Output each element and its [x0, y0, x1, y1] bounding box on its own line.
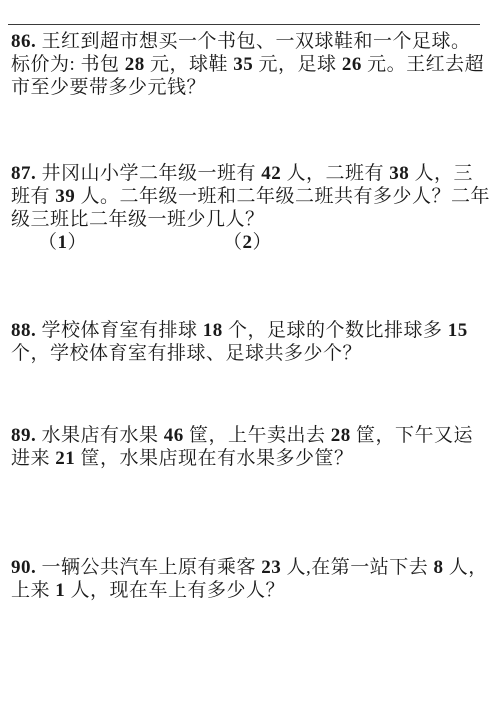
text-run: 人， [444, 557, 488, 578]
text-run: 王红到超市想买一个书包、一双球鞋和一个足球。 [36, 31, 470, 52]
bold-value: 42 [261, 163, 281, 184]
text-run: ） [68, 232, 88, 253]
question-line: 级三班比二年级一班少几人？ [11, 208, 490, 231]
question-line: 进来 21 筐，水果店现在有水果多少筐？ [11, 447, 490, 470]
bold-value: 21 [55, 448, 75, 469]
text-run: 筐，下午又运 [351, 425, 473, 446]
bold-value: 46 [164, 425, 184, 446]
bold-value: 35 [233, 54, 253, 75]
bold-value: 18 [203, 320, 223, 341]
bold-value: 1 [55, 580, 65, 601]
text-run: 上来 [11, 580, 55, 601]
text-run: 个，足球的个数比排球多 [223, 320, 448, 341]
question-item: 87. 井冈山小学二年级一班有 42 人，二班有 38 人，三班有 39 人。二… [11, 162, 490, 254]
text-run: （ [223, 232, 243, 253]
question-number: 89. [11, 425, 36, 446]
bold-value: 28 [331, 425, 351, 446]
text-run: 人，二班有 [281, 163, 389, 184]
question-number: 90. [11, 557, 36, 578]
document-page: 86. 王红到超市想买一个书包、一双球鞋和一个足球。标价为: 书包 28 元，球… [0, 0, 500, 707]
bold-value: 8 [434, 557, 444, 578]
text-run: 井冈山小学二年级一班有 [36, 163, 261, 184]
bold-value: 38 [389, 163, 409, 184]
question-line: 89. 水果店有水果 46 筐，上午卖出去 28 筐，下午又运 [11, 424, 490, 447]
part-label: （1） [38, 231, 87, 254]
question-line: 上来 1 人，现在车上有多少人？ [11, 579, 490, 602]
bold-value: 28 [125, 54, 145, 75]
text-run: 人。二年级一班和二年级二班共有多少人？二年 [75, 186, 490, 207]
text-run: 元，球鞋 [145, 54, 234, 75]
question-number: 87. [11, 163, 36, 184]
text-run: 学校体育室有排球 [36, 320, 203, 341]
question-line: 标价为: 书包 28 元，球鞋 35 元，足球 26 元。王红去超 [11, 53, 490, 76]
bold-value: 39 [55, 186, 75, 207]
text-run: 筐，上午卖出去 [184, 425, 331, 446]
text-run: 人，现在车上有多少人？ [65, 580, 285, 601]
question-item: 88. 学校体育室有排球 18 个，足球的个数比排球多 15个，学校体育室有排球… [11, 319, 490, 365]
question-line: 88. 学校体育室有排球 18 个，足球的个数比排球多 15 [11, 319, 490, 342]
text-run: 进来 [11, 448, 55, 469]
top-rule [8, 24, 480, 25]
question-line: 90. 一辆公共汽车上原有乘客 23 人,在第一站下去 8 人， [11, 556, 490, 579]
text-run: 个，学校体育室有排球、足球共多少个？ [11, 343, 362, 364]
text-run: 人，三 [409, 163, 473, 184]
bold-value: 15 [448, 320, 468, 341]
text-run: 级三班比二年级一班少几人？ [11, 209, 265, 230]
question-item: 90. 一辆公共汽车上原有乘客 23 人,在第一站下去 8 人，上来 1 人，现… [11, 556, 490, 602]
text-run: （ [38, 232, 58, 253]
text-run: 标价为: 书包 [11, 54, 125, 75]
text-run: ） [253, 232, 273, 253]
bold-value: 2 [243, 232, 253, 253]
question-line: 班有 39 人。二年级一班和二年级二班共有多少人？二年 [11, 185, 490, 208]
bold-value: 26 [342, 54, 362, 75]
question-line: 86. 王红到超市想买一个书包、一双球鞋和一个足球。 [11, 30, 490, 53]
text-run: 水果店有水果 [36, 425, 164, 446]
bold-value: 1 [58, 232, 68, 253]
bold-value: 23 [261, 557, 281, 578]
question-item: 89. 水果店有水果 46 筐，上午卖出去 28 筐，下午又运进来 21 筐，水… [11, 424, 490, 470]
questions: 86. 王红到超市想买一个书包、一双球鞋和一个足球。标价为: 书包 28 元，球… [11, 30, 490, 602]
text-run: 元。王红去超 [362, 54, 484, 75]
text-run: 筐，水果店现在有水果多少筐？ [75, 448, 353, 469]
question-line: 个，学校体育室有排球、足球共多少个？ [11, 342, 490, 365]
question-number: 86. [11, 31, 36, 52]
text-run: 一辆公共汽车上原有乘客 [36, 557, 261, 578]
question-item: 86. 王红到超市想买一个书包、一双球鞋和一个足球。标价为: 书包 28 元，球… [11, 30, 490, 99]
text-run: 市至少要带多少元钱？ [11, 77, 206, 98]
part-label: （2） [223, 231, 272, 254]
text-run: 人,在第一站下去 [281, 557, 433, 578]
sub-parts-row: （1）（2） [11, 231, 490, 254]
question-line: 87. 井冈山小学二年级一班有 42 人，二班有 38 人，三 [11, 162, 490, 185]
question-line: 市至少要带多少元钱？ [11, 76, 490, 99]
question-number: 88. [11, 320, 36, 341]
text-run: 班有 [11, 186, 55, 207]
text-run: 元，足球 [253, 54, 342, 75]
